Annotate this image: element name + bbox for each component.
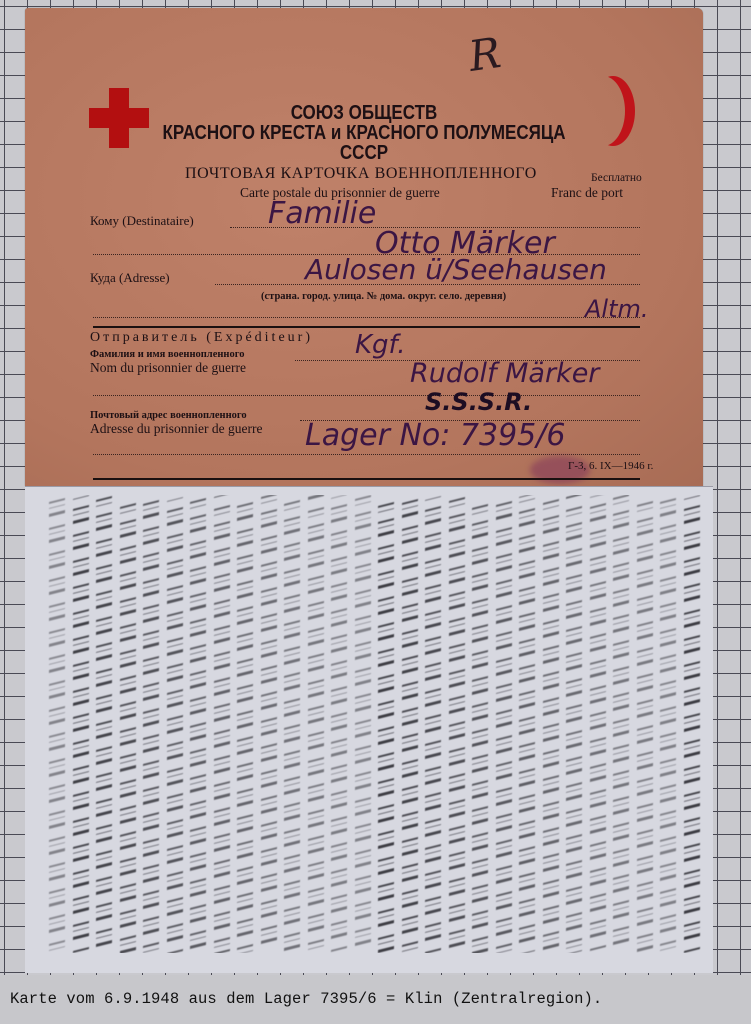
address-line-2: Altm. [585,295,649,323]
handwriting-line [167,495,183,953]
handwriting-line [237,495,253,953]
sender-name-label-fr: Nom du prisonnier de guerre [90,360,246,376]
handwritten-letter [25,486,713,973]
handwritten-mark: R [466,28,504,81]
handwriting-line [190,495,206,953]
printer-mark: Г-3, 6. IX—1946 г. [568,460,653,472]
handwriting-line [331,495,347,953]
sender-address-label-ru: Почтовый адрес военнопленного [90,410,247,421]
handwriting-line [449,495,465,953]
address-line-1: Aulosen ü/Seehausen [305,253,607,286]
address-label: Куда (Adresse) [90,270,170,286]
handwriting-line [261,495,277,953]
handwriting-line [308,495,324,953]
handwriting-line [402,495,418,953]
recipient-label: Кому (Destinataire) [90,213,194,229]
handwriting-line [637,495,653,953]
handwriting-line [73,495,89,953]
sender-country: S.S.S.R. [425,388,532,416]
handwriting-line [96,495,112,953]
handwriting-line [566,495,582,953]
handwriting-line [472,495,488,953]
handwriting-line [684,495,700,953]
address-hint: (страна. город. улица. № дома. округ. се… [261,291,506,302]
handwriting-line [120,495,136,953]
handwriting-line [425,495,441,953]
dotted-line [93,317,640,318]
sender-name-label-ru: Фамилия и имя военнопленного [90,349,244,360]
handwriting-line [143,495,159,953]
handwriting-line [49,495,65,953]
handwriting-line [284,495,300,953]
header-line-3: СССР [76,142,652,165]
dotted-line [93,395,640,396]
sender-address-label-fr: Adresse du prisonnier de guerre [90,421,262,437]
postage-free-ru: Бесплатно [591,172,642,184]
dotted-line [93,454,640,455]
handwriting-line [378,495,394,953]
postage-free-fr: Franc de port [551,185,623,201]
card-title-ru: ПОЧТОВАЯ КАРТОЧКА ВОЕННОПЛЕННОГО [185,165,537,183]
handwriting-line [355,495,371,953]
sender-camp: Lager No: 7395/6 [305,418,565,453]
pow-postcard: R СОЮЗ ОБЩЕСТВ КРАСНОГО КРЕСТА и КРАСНОГ… [25,8,703,486]
handwriting-line [660,495,676,953]
letter-handwriting [35,495,703,953]
sender-prefix: Kgf. [355,330,406,360]
sender-label: Отправитель (Expéditeur) [90,330,313,346]
handwriting-line [519,495,535,953]
handwriting-line [590,495,606,953]
recipient-line-1: Familie [268,196,376,231]
album-caption: Karte vom 6.9.1948 aus dem Lager 7395/6 … [10,990,602,1008]
handwriting-line [613,495,629,953]
sender-name: Rudolf Märker [410,358,599,389]
handwriting-line [543,495,559,953]
divider-rule [93,326,640,328]
divider-rule [93,478,640,480]
handwriting-line [214,495,230,953]
handwriting-line [496,495,512,953]
